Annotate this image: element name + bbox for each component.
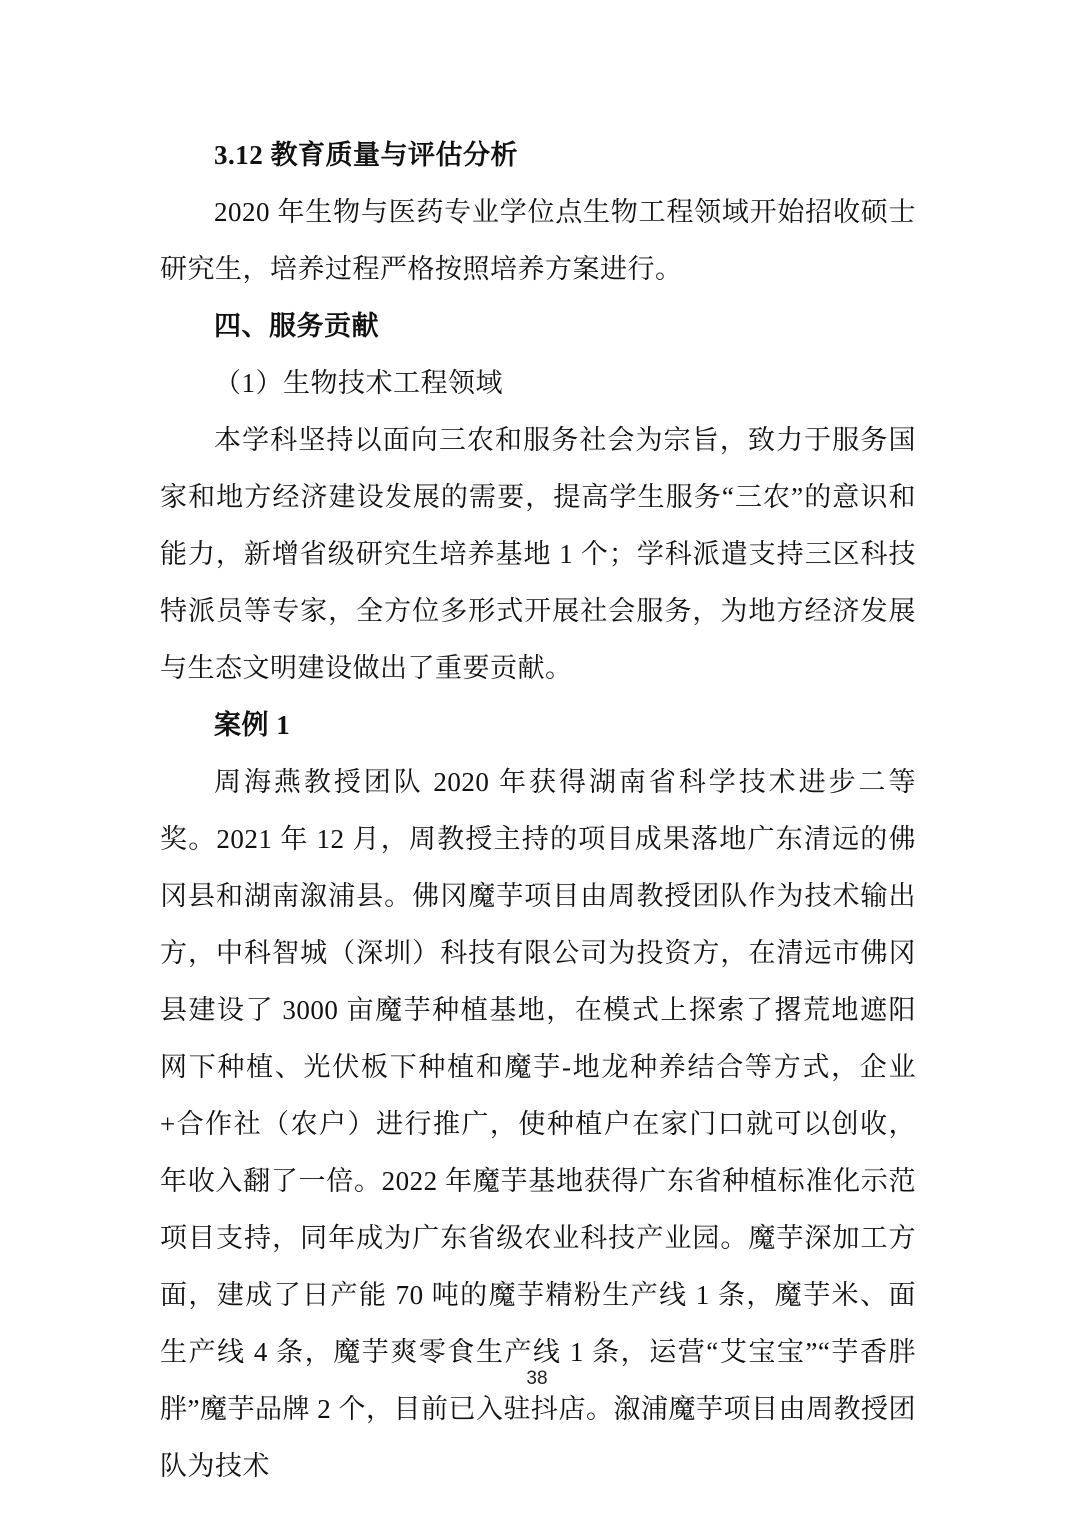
section-heading-education-quality: 3.12 教育质量与评估分析 [160,127,916,184]
section-heading-case-1: 案例 1 [160,697,916,754]
paragraph-enrollment: 2020 年生物与医药专业学位点生物工程领域开始招收硕士研究生，培养过程严格按照… [160,184,916,298]
paragraph-discipline-service: 本学科坚持以面向三农和服务社会为宗旨，致力于服务国家和地方经济建设发展的需要，提… [160,412,916,697]
document-page: 3.12 教育质量与评估分析 2020 年生物与医药专业学位点生物工程领域开始招… [0,0,1074,1520]
section-heading-service-contribution: 四、服务贡献 [160,298,916,355]
subsection-heading-biotech-engineering: （1）生物技术工程领域 [160,355,916,412]
document-body: 3.12 教育质量与评估分析 2020 年生物与医药专业学位点生物工程领域开始招… [160,127,916,1495]
page-number: 38 [0,1368,1074,1390]
